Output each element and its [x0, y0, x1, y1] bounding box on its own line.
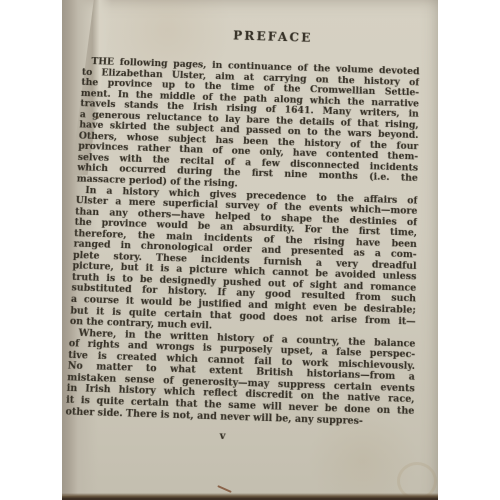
- book-page-photo: PREFACE THE following pages, in continua…: [62, 0, 438, 500]
- preface-body: THE following pages, in continuance of t…: [65, 57, 419, 429]
- table-edge-shadow: [62, 493, 438, 500]
- paragraph: THE following pages, in continuance of t…: [76, 57, 419, 196]
- page-content: PREFACE THE following pages, in continua…: [64, 25, 420, 449]
- paper-speck: [96, 116, 99, 119]
- page-number: v: [62, 425, 397, 448]
- paragraph: In a history which gives precedence to t…: [70, 185, 418, 339]
- preface-title: PREFACE: [105, 25, 438, 49]
- paragraph: Where, in the written history of a count…: [65, 328, 415, 429]
- scratch-mark: [217, 485, 232, 493]
- photo-frame: PREFACE THE following pages, in continua…: [0, 0, 500, 500]
